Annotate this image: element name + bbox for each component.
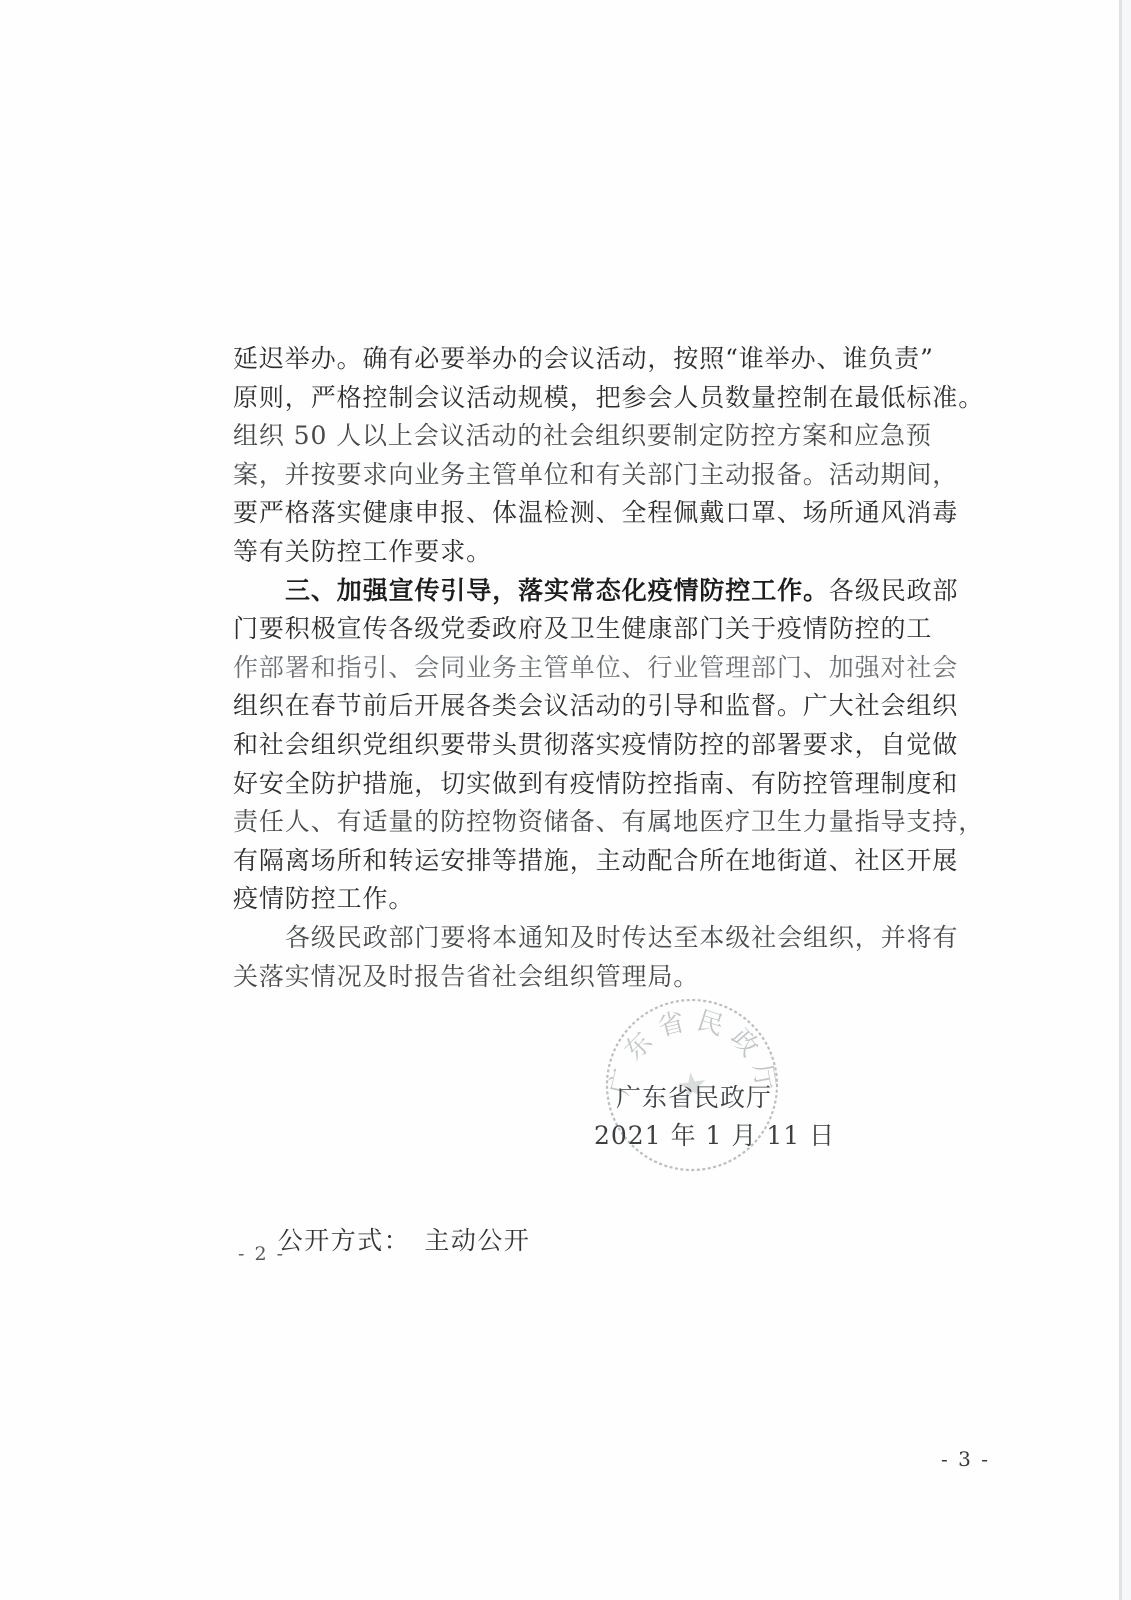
text-line: 原则，严格控制会议活动规模，把参会人员数量控制在最低标准。 (233, 379, 873, 418)
text-segment: 各级民政部门要将本通知及时传达至本级社会组织，并将有 (285, 923, 958, 952)
text-line: 作部署和指引、会同业务主管单位、行业管理部门、加强对社会 (233, 649, 873, 688)
signature-date: 2021 年 1 月 11 日 (594, 1116, 835, 1152)
outer-page-number: - 3 - (941, 1447, 990, 1471)
text-line: 好安全防护措施，切实做到有疫情防控指南、有防控管理制度和 (233, 765, 873, 804)
scan-edge-line (1119, 0, 1122, 1600)
scanned-document-page: 延迟举办。确有必要举办的会议活动，按照“谁举办、谁负责”原则，严格控制会议活动规… (0, 0, 1131, 1600)
inner-page-number: - 2 - (238, 1243, 285, 1265)
text-segment: 案，并按要求向业务主管单位和有关部门主动报备。活动期间， (233, 460, 958, 489)
document-text: 延迟举办。确有必要举办的会议活动，按照“谁举办、谁负责”原则，严格控制会议活动规… (233, 340, 873, 996)
text-segment: 作部署和指引、会同业务主管单位、行业管理部门、加强对社会 (233, 653, 958, 682)
text-segment: 责任人、有适量的防控物资储备、有属地医疗卫生力量指导支持， (233, 807, 984, 836)
text-segment: 好安全防护措施，切实做到有疫情防控指南、有防控管理制度和 (233, 769, 958, 798)
text-segment: 和社会组织党组织要带头贯彻落实疫情防控的部署要求，自觉做 (233, 730, 958, 759)
text-line: 各级民政部门要将本通知及时传达至本级社会组织，并将有 (233, 919, 873, 958)
text-line: 有隔离场所和转运安排等措施，主动配合所在地街道、社区开展 (233, 842, 873, 881)
scan-edge-strip (1122, 0, 1131, 1600)
text-segment: 关落实情况及时报告省社会组织管理局。 (233, 962, 699, 991)
disclosure-line: 公开方式：主动公开 (240, 1192, 530, 1286)
text-segment: 要严格落实健康申报、体温检测、全程佩戴口罩、场所通风消毒 (233, 498, 958, 527)
text-segment: 有隔离场所和转运安排等措施，主动配合所在地街道、社区开展 (233, 846, 958, 875)
heading-segment: 三、加强宣传引导，落实常态化疫情防控工作。 (285, 576, 829, 605)
text-line: 和社会组织党组织要带头贯彻落实疫情防控的部署要求，自觉做 (233, 726, 873, 765)
text-segment: 组织在春节前后开展各类会议活动的引导和监督。广大社会组织 (233, 691, 958, 720)
text-segment: 门要积极宣传各级党委政府及卫生健康部门关于疫情防控的工 (233, 614, 932, 643)
text-line: 延迟举办。确有必要举办的会议活动，按照“谁举办、谁负责” (233, 340, 873, 379)
disclosure-value: 主动公开 (424, 1226, 530, 1255)
text-segment: 组织 50 人以上会议活动的社会组织要制定防控方案和应急预 (233, 421, 932, 450)
text-line: 组织 50 人以上会议活动的社会组织要制定防控方案和应急预 (233, 417, 873, 456)
text-segment: 原则，严格控制会议活动规模，把参会人员数量控制在最低标准。 (233, 383, 984, 412)
text-line: 案，并按要求向业务主管单位和有关部门主动报备。活动期间， (233, 456, 873, 495)
text-line: 疫情防控工作。 (233, 880, 873, 919)
text-line: 要严格落实健康申报、体温检测、全程佩戴口罩、场所通风消毒 (233, 494, 873, 533)
text-segment: 延迟举办。确有必要举办的会议活动，按照“谁举办、谁负责” (233, 344, 934, 373)
text-line: 关落实情况及时报告省社会组织管理局。 (233, 958, 873, 997)
text-segment: 等有关防控工作要求。 (233, 537, 492, 566)
text-line: 责任人、有适量的防控物资储备、有属地医疗卫生力量指导支持， (233, 803, 873, 842)
text-line: 等有关防控工作要求。 (233, 533, 873, 572)
signature-org: 广东省民政厅 (616, 1078, 772, 1114)
text-segment: 疫情防控工作。 (233, 884, 414, 913)
text-line: 组织在春节前后开展各类会议活动的引导和监督。广大社会组织 (233, 687, 873, 726)
disclosure-label: 公开方式： (278, 1226, 411, 1255)
text-segment: 各级民政部 (829, 576, 959, 605)
text-line: 三、加强宣传引导，落实常态化疫情防控工作。各级民政部 (233, 572, 873, 611)
text-line: 门要积极宣传各级党委政府及卫生健康部门关于疫情防控的工 (233, 610, 873, 649)
